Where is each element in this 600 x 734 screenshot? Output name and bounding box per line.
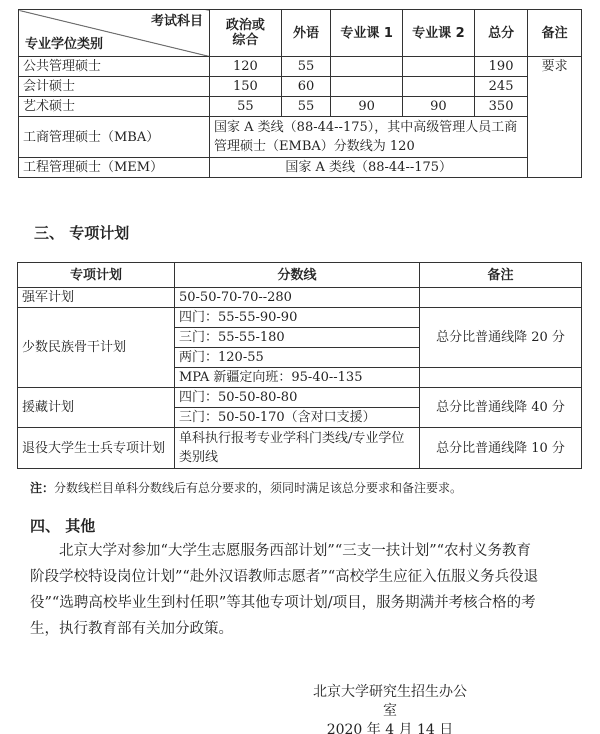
politics-score: 150 xyxy=(210,77,282,97)
politics-score: 55 xyxy=(210,97,282,117)
header-language: 外语 xyxy=(281,10,331,57)
category-cell: 会计硕士 xyxy=(19,77,210,97)
remark-cell: 要求 xyxy=(528,57,582,178)
table-row: 退役大学生士兵专项计划 单科执行报考专业学科门类线/专业学位类别线 总分比普通线… xyxy=(18,428,582,469)
plan-cell: 援藏计划 xyxy=(18,388,175,428)
remark-cell: 总分比普通线降 10 分 xyxy=(420,428,582,469)
category-cell: 艺术硕士 xyxy=(19,97,210,117)
table-row: 强军计划 50-50-70-70--280 xyxy=(18,288,582,308)
score-line-cell: 50-50-70-70--280 xyxy=(175,288,420,308)
header-plan: 专项计划 xyxy=(18,263,175,288)
table-row: 艺术硕士 55 55 90 90 350 xyxy=(19,97,582,117)
score-line-cell: MPA 新疆定向班：95-40--135 xyxy=(175,368,420,388)
major1-score xyxy=(331,57,403,77)
score-line-cell: 两门：120-55 xyxy=(175,348,420,368)
language-score: 55 xyxy=(281,57,331,77)
score-line-cell: 四门：50-50-80-80 xyxy=(175,388,420,408)
remark-cell xyxy=(420,368,582,388)
remark-cell xyxy=(420,288,582,308)
category-cell: 工商管理硕士（MBA） xyxy=(19,117,210,158)
header-major1: 专业课 1 xyxy=(331,10,403,57)
table-row: 工程管理硕士（MEM） 国家 A 类线（88-44--175） xyxy=(19,158,582,178)
major1-score: 90 xyxy=(331,97,403,117)
note-text: 分数线栏目单科分数线后有总分要求的，须同时满足该总分要求和备注要求。 xyxy=(54,481,462,495)
table-row: 援藏计划 四门：50-50-80-80 总分比普通线降 40 分 xyxy=(18,388,582,408)
major2-score xyxy=(403,77,475,97)
merged-score-cell: 国家 A 类线（88-44--175） xyxy=(210,158,528,178)
plan-cell: 少数民族骨干计划 xyxy=(18,308,175,388)
header-score-line: 分数线 xyxy=(175,263,420,288)
total-score: 350 xyxy=(474,97,528,117)
remark-cell: 总分比普通线降 40 分 xyxy=(420,388,582,428)
language-score: 60 xyxy=(281,77,331,97)
header-remark: 备注 xyxy=(528,10,582,57)
category-cell: 公共管理硕士 xyxy=(19,57,210,77)
note-label: 注： xyxy=(30,481,54,495)
section-title-other: 四、 其他 xyxy=(30,515,95,536)
score-line-cell: 单科执行报考专业学科门类线/专业学位类别线 xyxy=(175,428,420,469)
header-politics: 政治或综合 xyxy=(210,10,282,57)
header-remark: 备注 xyxy=(420,263,582,288)
major1-score xyxy=(331,77,403,97)
diagonal-header-cell: 考试科目 专业学位类别 xyxy=(19,10,210,57)
header-major2: 专业课 2 xyxy=(403,10,475,57)
signature-org: 北京大学研究生招生办公室 xyxy=(310,683,470,721)
score-line-cell: 三门：55-55-180 xyxy=(175,328,420,348)
paragraph-text: 北京大学对参加“大学生志愿服务西部计划”“三支一扶计划”“农村义务教育阶段学校特… xyxy=(30,538,540,642)
score-line-cell: 四门：55-55-90-90 xyxy=(175,308,420,328)
table-row: 会计硕士 150 60 245 xyxy=(19,77,582,97)
signature-date: 2020 年 4 月 14 日 xyxy=(310,721,470,734)
other-paragraph: 北京大学对参加“大学生志愿服务西部计划”“三支一扶计划”“农村义务教育阶段学校特… xyxy=(30,538,540,642)
header-degree-category: 专业学位类别 xyxy=(25,37,103,52)
score-table-professional-degrees: 考试科目 专业学位类别 政治或综合 外语 专业课 1 专业课 2 总分 备注 公… xyxy=(18,9,582,178)
merged-score-cell: 国家 A 类线（88-44--175），其中高级管理人员工商管理硕士（EMBA）… xyxy=(210,117,528,158)
plan-cell: 强军计划 xyxy=(18,288,175,308)
table-note: 注：分数线栏目单科分数线后有总分要求的，须同时满足该总分要求和备注要求。 xyxy=(30,479,462,496)
major2-score xyxy=(403,57,475,77)
politics-score: 120 xyxy=(210,57,282,77)
score-line-cell: 三门：50-50-170（含对口支援） xyxy=(175,408,420,428)
plan-cell: 退役大学生士兵专项计划 xyxy=(18,428,175,469)
category-cell: 工程管理硕士（MEM） xyxy=(19,158,210,178)
signature-block: 北京大学研究生招生办公室 2020 年 4 月 14 日 xyxy=(310,683,470,734)
major2-score: 90 xyxy=(403,97,475,117)
table-row: 公共管理硕士 120 55 190 要求 xyxy=(19,57,582,77)
table-row: 少数民族骨干计划 四门：55-55-90-90 总分比普通线降 20 分 xyxy=(18,308,582,328)
total-score: 245 xyxy=(474,77,528,97)
language-score: 55 xyxy=(281,97,331,117)
table-row: 工商管理硕士（MBA） 国家 A 类线（88-44--175），其中高级管理人员… xyxy=(19,117,582,158)
special-plans-table: 专项计划 分数线 备注 强军计划 50-50-70-70--280 少数民族骨干… xyxy=(17,262,582,469)
header-exam-subjects: 考试科目 xyxy=(151,14,203,29)
total-score: 190 xyxy=(474,57,528,77)
remark-cell: 总分比普通线降 20 分 xyxy=(420,308,582,368)
section-title-special-plans: 三、 专项计划 xyxy=(34,222,129,243)
header-total: 总分 xyxy=(474,10,528,57)
